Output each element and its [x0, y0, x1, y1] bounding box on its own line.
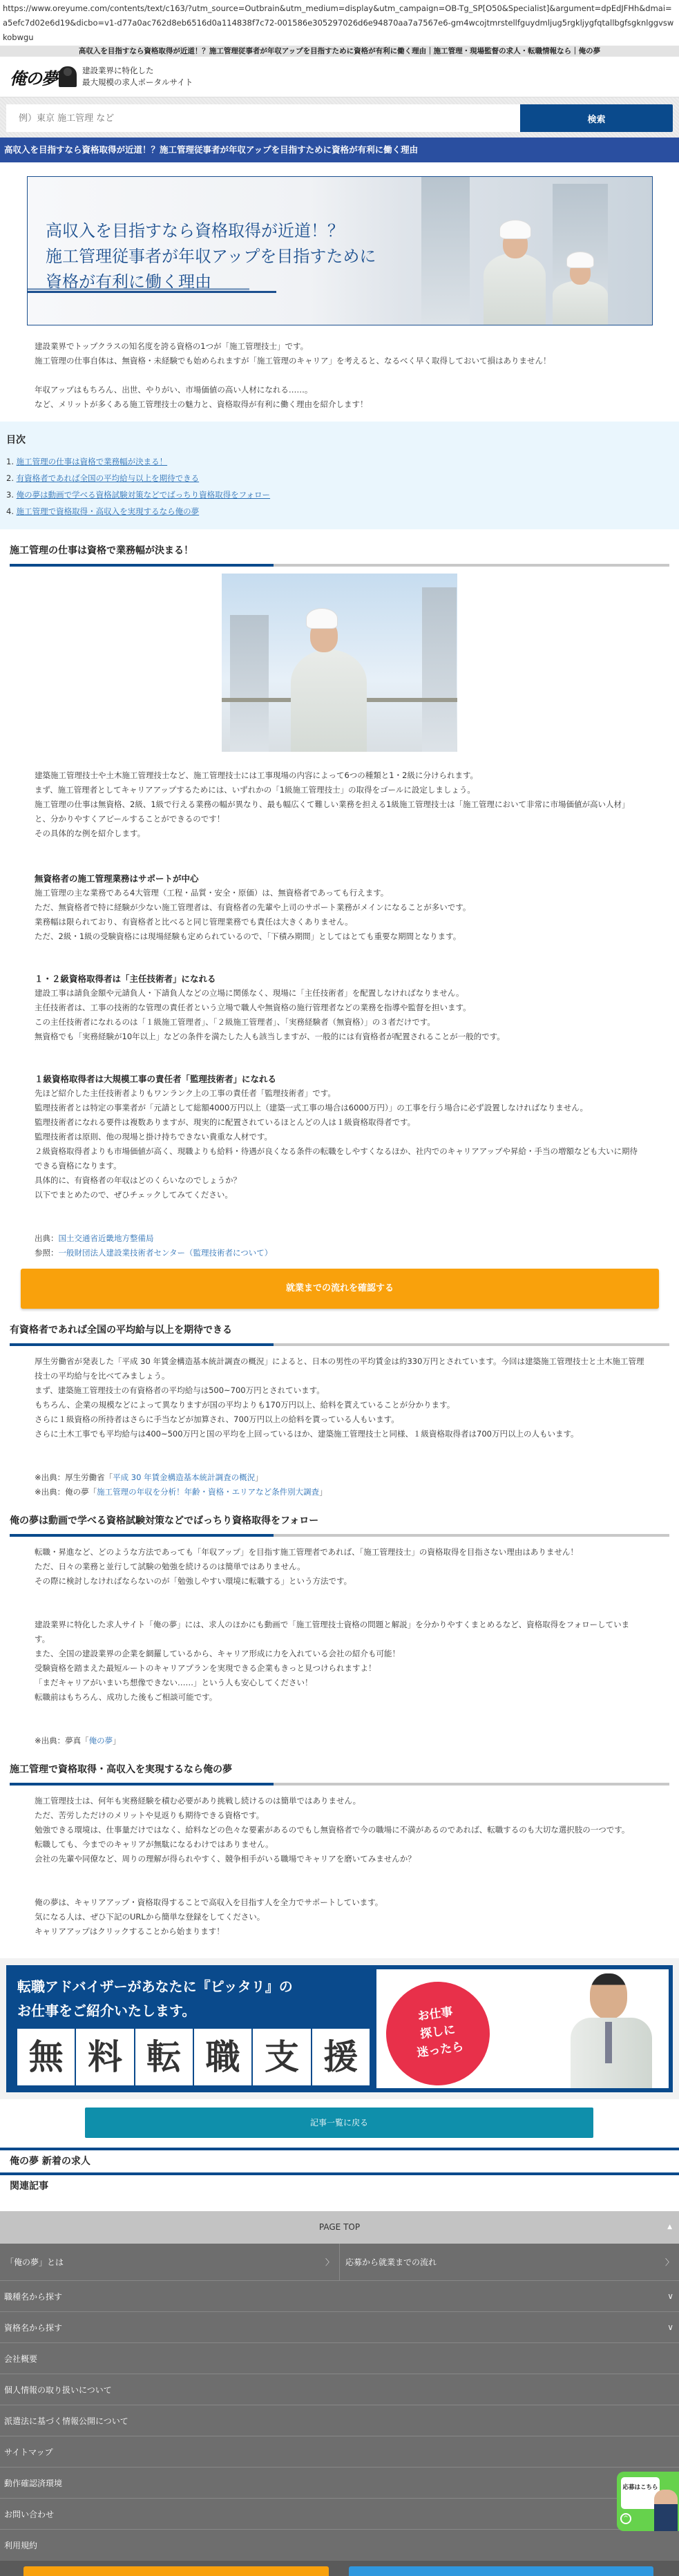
footer-link-label: 応募から就業までの流れ	[345, 2256, 437, 2268]
chevron-right-icon: 〉	[665, 2256, 673, 2268]
footer-link-label: 職種名から探す	[4, 2291, 62, 2302]
paragraph: ２級資格取得者よりも市場価値が高く、現職よりも給料・待遇が良くなる条件の転職をし…	[35, 1144, 644, 1173]
hero-banner: 高収入を目指すなら資格取得が近道！？ 施工管理従事者が年収アップを目指すために …	[27, 176, 653, 325]
paragraph: 厚生労働省が発表した「平成 30 年賃金構造基本統計調査の概況」によると、日本の…	[35, 1354, 644, 1383]
paragraph: 監理技術者になれる要件は複数ありますが、現実的に配置されているほとんどの人は１級…	[35, 1115, 644, 1130]
toc-number: 1.	[6, 457, 14, 466]
source-line: ※出典：厚生労働省「平成 30 年賃金構造基本統計調査の概況」	[35, 1470, 644, 1485]
section-body: 転職・昇進など、どのような方法であっても「年収アップ」を目指す施工管理者であれば…	[10, 1537, 669, 1748]
paragraph: ただ、苦労しただけのメリットや見返りも期待できる資格です。	[35, 1808, 644, 1823]
intro-paragraph: 建設業界でトップクラスの知名度を誇る資格の1つが「施工管理技士」です。	[35, 339, 644, 354]
hero-building-image	[421, 177, 470, 325]
paragraph: 気になる人は、ぜひ下記のURLから簡単な登録をしてください。	[35, 1910, 644, 1924]
chevron-up-icon: ^	[620, 2513, 631, 2524]
photo-helmet-icon	[306, 608, 338, 629]
paragraph: 施工管理の仕事は無資格、2級、1級で行える業務の幅が異なり、最も幅広くて難しい業…	[35, 797, 644, 826]
site-logo[interactable]: 俺の夢 建設業界に特化した 最大規模の求人ポータルサイト	[10, 65, 193, 89]
footer-link-sitemap[interactable]: サイトマップ	[0, 2436, 679, 2467]
banner-text-area: 転職アドバイザーがあなたに『ピッタリ』の お仕事をご紹介いたします。 無 料 転…	[10, 1969, 376, 2088]
advisor-photo	[565, 1973, 655, 2088]
source-label: 出典：	[35, 1233, 59, 1243]
page-title-strip: 高収入を目指すなら資格取得が近道！？施工管理従事者が年収アップを目指すために資格…	[0, 46, 679, 57]
footer-row: お問い合わせ	[0, 2499, 679, 2530]
intro-paragraph: 年収アップはもちろん、出世、やりがい、市場価値の高い人材になれる……。	[35, 383, 644, 397]
footer-nav: 「俺の夢」とは 〉 応募から就業までの流れ 〉 職種名から探す ∨ 資格名から探…	[0, 2244, 679, 2561]
source-label: ※出典：俺の夢「	[35, 1487, 97, 1497]
sticky-orange-button[interactable]	[23, 2566, 329, 2576]
page-top-label: PAGE TOP	[319, 2222, 360, 2232]
banner-char-box: 援	[312, 2029, 370, 2085]
advisor-tie	[605, 2022, 612, 2063]
career-advisor-banner-wrap: 転職アドバイザーがあなたに『ピッタリ』の お仕事をご紹介いたします。 無 料 転…	[0, 1958, 679, 2099]
footer-link-privacy[interactable]: 個人情報の取り扱いについて	[0, 2374, 679, 2405]
source-label: ※出典：厚生労働省「	[35, 1472, 113, 1482]
search-input[interactable]	[6, 104, 520, 132]
banner-red-circle: お仕事 探しに 迷ったら	[379, 1975, 496, 2088]
section-qualification-scope: 施工管理の仕事は資格で業務幅が決まる！ 建築施工管理技士や土木施工管理技士など、…	[0, 543, 679, 1309]
logo-silhouette-icon	[59, 66, 77, 87]
footer-link-company[interactable]: 会社概要	[0, 2343, 679, 2374]
footer-row: 資格名から探す ∨	[0, 2312, 679, 2343]
arrow-up-icon: ▲	[667, 2211, 672, 2244]
footer-link-about[interactable]: 「俺の夢」とは 〉	[0, 2244, 339, 2280]
article-intro: 建設業界でトップクラスの知名度を誇る資格の1つが「施工管理技士」です。 施工管理…	[0, 325, 679, 412]
footer-link-contact[interactable]: お問い合わせ	[0, 2499, 679, 2529]
employment-flow-button[interactable]: 就業までの流れを確認する	[21, 1269, 659, 1309]
paragraph: 以下でまとめたので、ぜひチェックしてみてください。	[35, 1188, 644, 1202]
paragraph: 無資格でも「実務経験が10年以上」などの条件を満たした人も該当しますが、一般的に…	[35, 1030, 644, 1044]
paragraph: キャリアアップはクリックすることから始まります！	[35, 1924, 644, 1939]
back-to-articles-button[interactable]: 記事一覧に戻る	[85, 2108, 593, 2138]
chevron-down-icon: ∨	[667, 2322, 673, 2332]
paragraph: 転職しても、今までのキャリアが無駄になるわけではありません。	[35, 1837, 644, 1852]
section-title: 施工管理の仕事は資格で業務幅が決まる！	[10, 543, 669, 564]
source-suffix: 」	[255, 1472, 263, 1482]
chevron-right-icon: 〉	[325, 2256, 334, 2268]
paragraph: まず、施工管理者としてキャリアアップするためには、いずれかの「1級施工管理技士」…	[35, 783, 644, 797]
paragraph: まず、建築施工管理技士の有資格者の平均給与は500~700万円とされています。	[35, 1383, 644, 1398]
toc-link-4[interactable]: 施工管理で資格取得・高収入を実現するなら俺の夢	[17, 506, 200, 516]
paragraph: 施工管理技士は、何年も実務経験を積む必要があり挑戦し続けるのは簡単ではありません…	[35, 1794, 644, 1808]
search-button[interactable]: 検索	[520, 104, 673, 132]
footer-link-flow[interactable]: 応募から就業までの流れ 〉	[339, 2244, 679, 2280]
paragraph: さらに１級資格の所持者はさらに手当などが加算され、700万円以上の給料を貰ってい…	[35, 1412, 644, 1427]
paragraph: さらに土木工事でも平均給与は400~500万円と国の平均を上回っているほか、建築…	[35, 1427, 644, 1441]
subsection-title: １・２級資格取得者は「主任技術者」になれる	[35, 972, 644, 986]
banner-headline: 転職アドバイザーがあなたに『ピッタリ』の お仕事をご紹介いたします。	[17, 1975, 370, 2023]
footer-row: 派遣法に基づく情報公開について	[0, 2405, 679, 2436]
footer-row: サイトマップ	[0, 2436, 679, 2468]
operator-avatar	[654, 2490, 678, 2531]
free-support-boxes: 無 料 転 職 支 援	[17, 2029, 370, 2085]
source-link[interactable]: 国土交通省近畿地方整備局	[59, 1233, 154, 1243]
floating-apply-button[interactable]: 応募はこちら ^	[617, 2472, 679, 2531]
source-line: 出典：国土交通省近畿地方整備局	[35, 1231, 644, 1246]
paragraph: 俺の夢は、キャリアアップ・資格取得することで高収入を目指す人を全力でサポートして…	[35, 1895, 644, 1910]
intro-paragraph: など、メリットが多くある施工管理技士の魅力と、資格取得が有利に働く理由を紹介しま…	[35, 397, 644, 412]
toc-item: 1. 施工管理の仕事は資格で業務幅が決まる！	[6, 453, 673, 470]
paragraph: 転職・昇進など、どのような方法であっても「年収アップ」を目指す施工管理者であれば…	[35, 1545, 644, 1560]
sticky-blue-button[interactable]	[349, 2566, 653, 2576]
paragraph: 建築施工管理技士や土木施工管理技士など、施工管理技士には工事現場の内容によって6…	[35, 768, 644, 783]
toc-title: 目次	[6, 433, 673, 446]
paragraph: 主任技術者は、工事の技術的な管理の責任者という立場で職人や無資格の施行管理者など…	[35, 1001, 644, 1015]
paragraph: もちろん、企業の規模などによって異なりますが国の平均よりも170万円以上、給料を…	[35, 1398, 644, 1412]
related-articles-heading: 関連記事	[0, 2172, 679, 2211]
toc-number: 4.	[6, 506, 14, 516]
toc-number: 2.	[6, 473, 14, 483]
footer-row: 「俺の夢」とは 〉 応募から就業までの流れ 〉	[0, 2244, 679, 2281]
hero-worker-image	[553, 281, 608, 325]
toc-link-3[interactable]: 俺の夢は動画で学べる資格試験対策などでばっちり資格取得をフォロー	[17, 490, 270, 500]
paragraph: その具体的な例を紹介します。	[35, 826, 644, 841]
paragraph: ただ、2級・1級の受験資格には現場経験も定められているので、「下積み期間」として…	[35, 929, 644, 944]
paragraph: 勉強できる環境は、仕事量だけではなく、給料などの色々な要素があるのでもし無資格者…	[35, 1823, 644, 1837]
search-bar: 検索	[0, 97, 679, 138]
reference-link[interactable]: 一般財団法人建設業技術者センター（監理技術者について）	[59, 1248, 273, 1258]
sticky-bottom-bar	[0, 2561, 679, 2576]
toc-link-1[interactable]: 施工管理の仕事は資格で業務幅が決まる！	[17, 457, 168, 466]
footer-row: 会社概要	[0, 2343, 679, 2374]
reference-label: 参照：	[35, 1248, 59, 1258]
source-link-oreyume[interactable]: 俺の夢	[89, 1736, 113, 1745]
advisor-face	[590, 1973, 627, 2019]
site-tagline: 建設業界に特化した 最大規模の求人ポータルサイト	[82, 65, 193, 88]
footer-row: 職種名から探す ∨	[0, 2281, 679, 2312]
footer-expand-job-type[interactable]: 職種名から探す ∨	[0, 2281, 679, 2311]
hero-helmet-icon	[499, 220, 531, 239]
section-title: 有資格者であれば全国の平均給与以上を期待できる	[10, 1323, 669, 1343]
banner-char-box: 転	[135, 2029, 193, 2085]
section-title: 俺の夢は動画で学べる資格試験対策などでばっちり資格取得をフォロー	[10, 1513, 669, 1534]
banner-char-box: 無	[17, 2029, 75, 2085]
footer-link-label: 資格名から探す	[4, 2322, 62, 2333]
hero-title: 高収入を目指すなら資格取得が近道！？ 施工管理従事者が年収アップを目指すために …	[46, 218, 376, 295]
source-line: ※出典：夢真「俺の夢」	[35, 1734, 644, 1748]
tagline-line-1: 建設業界に特化した	[82, 65, 193, 77]
page-top-button[interactable]: PAGE TOP ▲	[0, 2211, 679, 2244]
career-advisor-banner[interactable]: 転職アドバイザーがあなたに『ピッタリ』の お仕事をご紹介いたします。 無 料 転…	[6, 1965, 673, 2092]
paragraph: 「まだキャリアがいまいち想像できない……」という人も安心してください！	[35, 1676, 644, 1690]
toc-item: 3. 俺の夢は動画で学べる資格試験対策などでばっちり資格取得をフォロー	[6, 486, 673, 503]
section-body: 厚生労働省が発表した「平成 30 年賃金構造基本統計調査の概況」によると、日本の…	[10, 1346, 669, 1499]
banner-char-box: 料	[76, 2029, 133, 2085]
intro-paragraph: 施工管理の仕事自体は、無資格・未経験でも始められますが「施工管理のキャリア」を考…	[35, 354, 644, 368]
paragraph: 会社の先輩や同僚など、周りの理解が得られやすく、競争相手がいる職場でキャリアを磨…	[35, 1852, 644, 1866]
logo-text: 俺の夢	[10, 65, 57, 89]
table-of-contents: 目次 1. 施工管理の仕事は資格で業務幅が決まる！ 2. 有資格者であれば全国の…	[0, 422, 679, 529]
section-conclusion: 施工管理で資格取得・高収入を実現するなら俺の夢 施工管理技士は、何年も実務経験を…	[0, 1762, 679, 1939]
paragraph: 業務幅は限られており、有資格者と比べると同じ管理業務でも責任は大きくありません。	[35, 915, 644, 929]
reference-line: 参照：一般財団法人建設業技術者センター（監理技術者について）	[35, 1246, 644, 1260]
section-body: 施工管理技士は、何年も実務経験を積む必要があり挑戦し続けるのは簡単ではありません…	[10, 1786, 669, 1939]
chevron-down-icon: ∨	[667, 2291, 673, 2301]
photo-building	[422, 587, 457, 752]
toc-item: 4. 施工管理で資格取得・高収入を実現するなら俺の夢	[6, 503, 673, 520]
footer-link-dispatch-info[interactable]: 派遣法に基づく情報公開について	[0, 2405, 679, 2436]
footer-row: 動作確認済環境	[0, 2468, 679, 2499]
section-video-support: 俺の夢は動画で学べる資格試験対策などでばっちり資格取得をフォロー 転職・昇進など…	[0, 1513, 679, 1748]
hero-title-line: 施工管理従事者が年収アップを目指すために	[46, 244, 376, 269]
source-link-oreyume[interactable]: 施工管理の年収を分析！年齢・資格・エリアなど条件別大調査	[97, 1487, 319, 1497]
banner-headline-line: 転職アドバイザーがあなたに『ピッタリ』の	[17, 1975, 370, 1999]
footer-link-terms[interactable]: 利用規約	[0, 2530, 679, 2561]
footer-link-label: 「俺の夢」とは	[6, 2256, 64, 2268]
hero-worker-image	[484, 253, 546, 325]
section-body: 建築施工管理技士や土木施工管理技士など、施工管理技士には工事現場の内容によって6…	[10, 760, 669, 1260]
toc-item: 2. 有資格者であれば全国の平均給与以上を期待できる	[6, 470, 673, 486]
paragraph: 監理技術者とは特定の事業者が「元請として総額4000万円以上（建築一式工事の場合…	[35, 1101, 644, 1115]
source-suffix: 」	[113, 1736, 121, 1745]
subsection-title: １級資格取得者は大規模工事の責任者「監理技術者」になれる	[35, 1072, 644, 1086]
hero-helmet-icon	[566, 252, 594, 268]
banner-char-box: 支	[253, 2029, 310, 2085]
browser-url[interactable]: https://www.oreyume.com/contents/text/c1…	[0, 0, 679, 46]
source-label: ※出典：夢真「	[35, 1736, 89, 1745]
paragraph: 転職前はもちろん、成功した後もご相談可能です。	[35, 1690, 644, 1705]
site-header: 俺の夢 建設業界に特化した 最大規模の求人ポータルサイト	[0, 57, 679, 97]
paragraph: ただ、日々の業務と並行して試験の勉強を続けるのは簡単ではありません。	[35, 1560, 644, 1574]
paragraph: ただ、無資格者で特に経験が少ない施工管理者は、有資格者の先輩や上司のサポート業務…	[35, 900, 644, 915]
photo-building	[230, 615, 269, 752]
paragraph: 先ほど紹介した主任技術者よりもワンランク上の工事の責任者「監理技術者」です。	[35, 1086, 644, 1101]
hero-title-line: 高収入を目指すなら資格取得が近道！？	[46, 218, 376, 244]
paragraph: 建設業界に特化した求人サイト「俺の夢」には、求人のほかにも動画で「施工管理技士資…	[35, 1618, 644, 1647]
toc-number: 3.	[6, 490, 14, 500]
toc-link-2[interactable]: 有資格者であれば全国の平均給与以上を期待できる	[17, 473, 200, 483]
photo-worker	[291, 650, 367, 752]
section-average-salary: 有資格者であれば全国の平均給与以上を期待できる 厚生労働省が発表した「平成 30…	[0, 1323, 679, 1499]
paragraph: その際に検討しなければならないのが「勉強しやすい環境に転職する」という方法です。	[35, 1574, 644, 1589]
new-jobs-heading: 俺の夢 新着の求人	[0, 2148, 679, 2172]
tagline-line-2: 最大規模の求人ポータルサイト	[82, 77, 193, 88]
hero-divider	[28, 291, 276, 293]
banner-char-box: 職	[194, 2029, 251, 2085]
footer-row: 個人情報の取り扱いについて	[0, 2374, 679, 2405]
source-line: ※出典：俺の夢「施工管理の年収を分析！年齢・資格・エリアなど条件別大調査」	[35, 1485, 644, 1499]
section-divider	[10, 564, 669, 567]
paragraph: 施工管理の主な業務である4大管理（工程・品質・安全・原価）は、無資格者であっても…	[35, 886, 644, 900]
paragraph: 具体的に、有資格者の年収はどのくらいなのでしょうか？	[35, 1173, 644, 1188]
subsection-title: 無資格者の施工管理業務はサポートが中心	[35, 871, 644, 886]
hero-divider	[28, 288, 249, 290]
article-heading: 高収入を目指すなら資格取得が近道！？施工管理従事者が年収アップを目指すために資格…	[0, 138, 679, 162]
banner-headline-line: お仕事をご紹介いたします。	[17, 1999, 370, 2023]
paragraph: 受験資格を踏まえた最短ルートのキャリアプランを実現できる企業もきっと見つけられま…	[35, 1661, 644, 1676]
worker-photo	[222, 574, 457, 752]
section-title: 施工管理で資格取得・高収入を実現するなら俺の夢	[10, 1762, 669, 1783]
source-link-mhlw[interactable]: 平成 30 年賃金構造基本統計調査の概況	[113, 1472, 255, 1482]
source-suffix: 」	[319, 1487, 327, 1497]
paragraph: 監理技術者は原則、他の現場と掛け持ちできない貴重な人材です。	[35, 1130, 644, 1144]
paragraph: また、全国の建設業界の企業を網羅しているから、キャリア形成に力を入れている会社の…	[35, 1647, 644, 1661]
paragraph: 建設工事は請負金額や元請負人・下請負人などの立場に関係なく、現場に「主任技術者」…	[35, 986, 644, 1001]
footer-expand-qualification[interactable]: 資格名から探す ∨	[0, 2312, 679, 2342]
footer-link-environment[interactable]: 動作確認済環境	[0, 2468, 679, 2498]
banner-photo-area: お仕事 探しに 迷ったら	[376, 1969, 669, 2088]
paragraph: この主任技術者になれるのは「１級施工管理者」、「２級施工管理者」、「実務経験者（…	[35, 1015, 644, 1030]
